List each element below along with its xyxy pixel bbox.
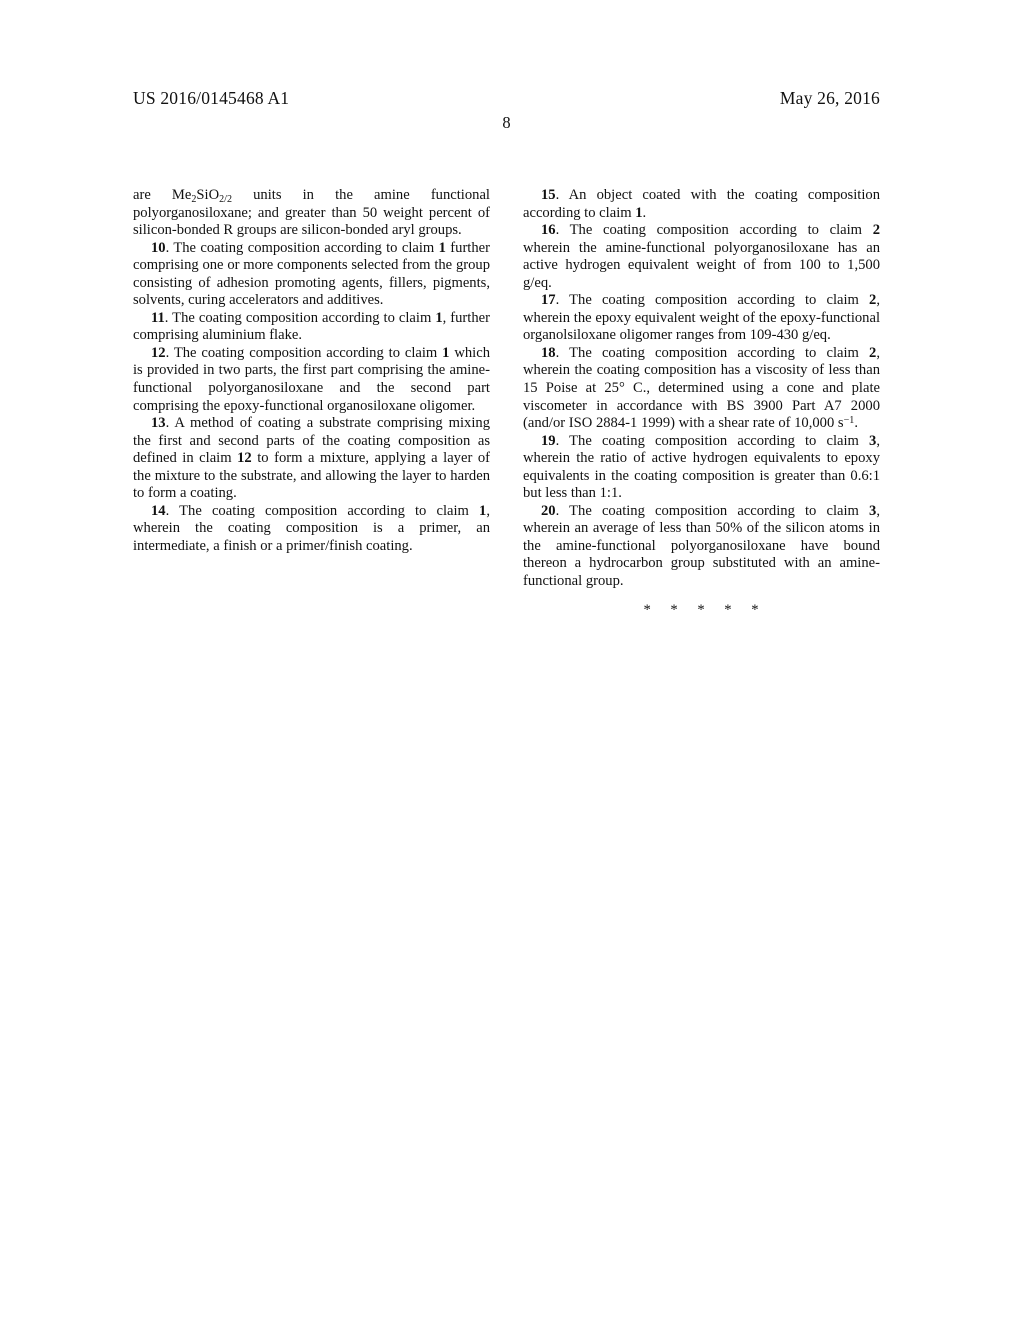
- claim-paragraph: 19. The coating composition according to…: [523, 433, 880, 503]
- claim-paragraph: 11. The coating composition according to…: [133, 310, 490, 345]
- page-number: 8: [133, 113, 880, 133]
- right-column: 15. An object coated with the coating co…: [523, 187, 880, 619]
- claim-paragraph: 18. The coating composition according to…: [523, 345, 880, 433]
- claim-paragraph: 10. The coating composition according to…: [133, 240, 490, 310]
- end-of-claims-marker: * * * * *: [523, 602, 880, 620]
- content-frame: US 2016/0145468 A1 May 26, 2016 8 are Me…: [133, 88, 880, 619]
- left-column: are Me2SiO2/2 units in the amine functio…: [133, 187, 490, 619]
- claims-columns: are Me2SiO2/2 units in the amine functio…: [133, 187, 880, 619]
- claim-paragraph: 15. An object coated with the coating co…: [523, 187, 880, 222]
- claim-paragraph: 17. The coating composition according to…: [523, 292, 880, 345]
- publication-date: May 26, 2016: [780, 88, 880, 109]
- page-header: US 2016/0145468 A1 May 26, 2016: [133, 88, 880, 109]
- claim-paragraph: 16. The coating composition according to…: [523, 222, 880, 292]
- claim-paragraph: 12. The coating composition according to…: [133, 345, 490, 415]
- claim-paragraph: 13. A method of coating a substrate comp…: [133, 415, 490, 503]
- claim-paragraph: 14. The coating composition according to…: [133, 503, 490, 556]
- patent-number: US 2016/0145468 A1: [133, 88, 289, 109]
- claim-paragraph: 20. The coating composition according to…: [523, 503, 880, 591]
- claim-paragraph: are Me2SiO2/2 units in the amine functio…: [133, 187, 490, 240]
- patent-page: US 2016/0145468 A1 May 26, 2016 8 are Me…: [0, 0, 1024, 1320]
